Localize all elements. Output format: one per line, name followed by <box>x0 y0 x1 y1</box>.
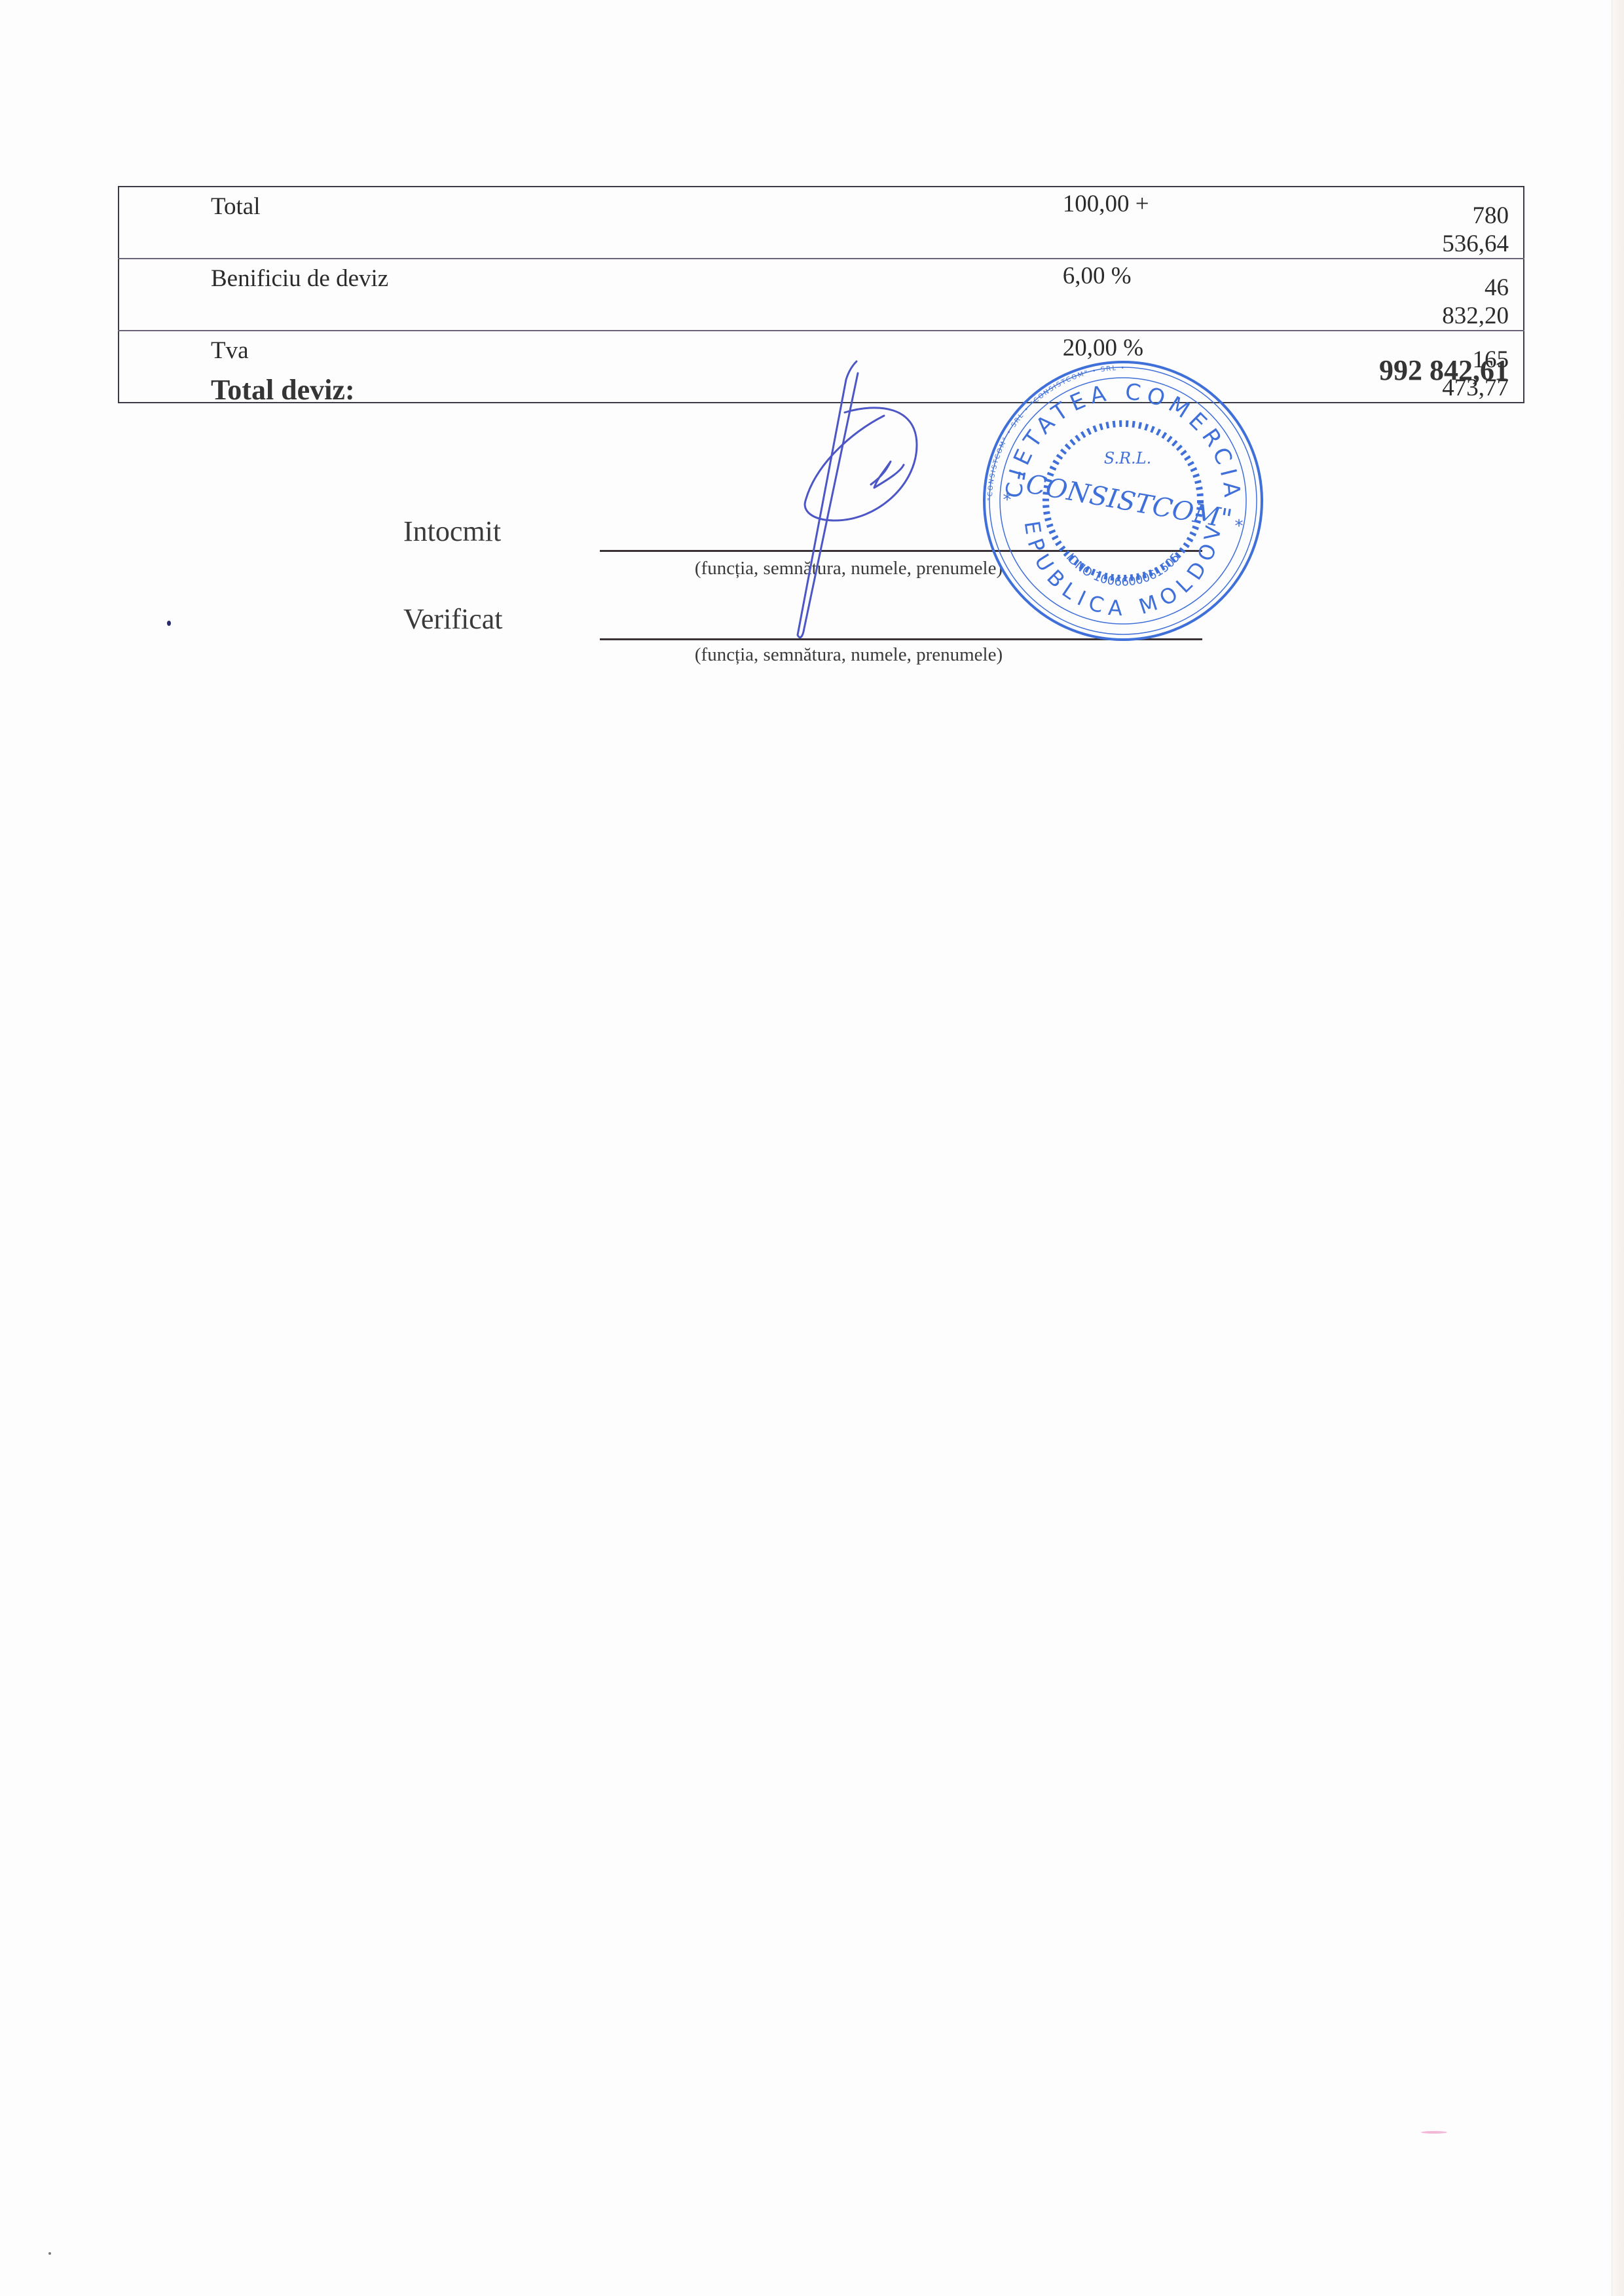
row-percent: 100,00 + <box>899 187 1442 259</box>
row-label: Total <box>119 187 899 259</box>
scan-speck <box>167 621 171 626</box>
prepared-by-caption: (funcția, semnătura, numele, prenumele) <box>600 558 1098 579</box>
prepared-by-label: Intocmit <box>403 515 501 548</box>
prepared-by-signature-line <box>600 550 1202 552</box>
table-row: Total 100,00 + 780 536,64 <box>119 187 1524 259</box>
row-value: 46 832,20 <box>1442 259 1524 331</box>
grand-total-value: 992 842,61 <box>1365 352 1509 389</box>
verified-by-label: Verificat <box>403 602 502 636</box>
stamp-company-type: S.R.L. <box>1104 449 1151 467</box>
stamp-company-name: "CONSISTCOM" <box>1012 467 1234 535</box>
verified-by-caption: (funcția, semnătura, numele, prenumele) <box>600 644 1098 666</box>
row-percent: 20,00 % <box>899 331 1442 403</box>
verified-by-signature-line <box>600 638 1202 640</box>
row-percent: 6,00 % <box>899 259 1442 331</box>
svg-text:*: * <box>1003 490 1012 510</box>
row-label: Benificiu de deviz <box>119 259 899 331</box>
svg-text:*: * <box>1235 517 1244 536</box>
table-row: Benificiu de deviz 6,00 % 46 832,20 <box>119 259 1524 331</box>
scan-speck <box>48 2252 51 2255</box>
grand-total-label: Total deviz: <box>211 373 355 407</box>
row-value: 780 536,64 <box>1442 187 1524 259</box>
page-edge <box>1612 0 1624 2296</box>
scan-speck <box>1421 2131 1447 2134</box>
summary-table: Total 100,00 + 780 536,64 Benificiu de d… <box>118 186 1524 403</box>
